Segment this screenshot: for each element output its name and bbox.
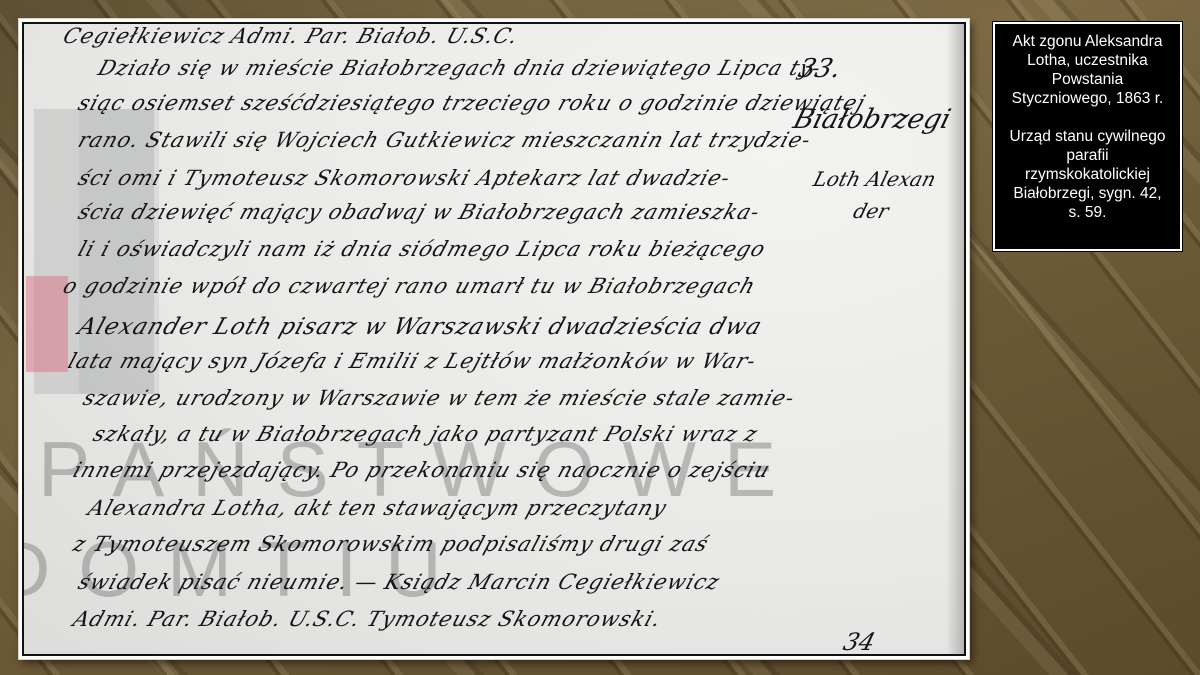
caption-title-line: Lotha, uczestnika [999,51,1176,70]
handwritten-line: szkały, a tu w Białobrzegach jako partyz… [90,422,761,446]
next-entry-number: 34 [840,628,878,656]
handwritten-line: Alexander Loth pisarz w Warszawski dwadz… [75,314,766,340]
caption-title-line: Styczniowego, 1863 r. [999,89,1176,108]
caption-source-line: rzymskokatolickiej [999,165,1176,184]
caption-source-line: Urząd stanu cywilnego [999,127,1176,146]
handwritten-line: lata mający syn Józefa i Emilii z Lejtłó… [65,349,760,373]
handwritten-line: Działo się w mieście Białobrzegach dnia … [95,56,825,80]
death-record-scan: PAŃSTWOWE DOMTIU Cegiełkiewicz Admi. Par… [22,22,966,656]
caption-source-line: Białobrzegi, sygn. 42, [999,184,1176,203]
caption-box: Akt zgonu Aleksandra Lotha, uczestnika P… [993,22,1182,251]
handwritten-line: świadek pisać nieumie. — Ksiądz Marcin C… [75,570,723,594]
handwritten-line: ści omi i Tymoteusz Skomorowski Aptekarz… [75,166,734,190]
caption-source-line: s. 59. [999,203,1176,222]
margin-name: Loth Alexan [811,167,939,191]
caption-title-line: Powstania [999,70,1176,89]
handwritten-line: o godzinie wpół do czwartej rano umarł t… [60,274,759,298]
margin-place: Białobrzegi [790,104,954,135]
margin-name-cont: der [851,199,892,223]
handwritten-line: Admi. Par. Białob. U.S.C. Tymoteusz Skom… [70,607,665,631]
entry-number: 33. [795,54,844,84]
handwritten-line: Alexandra Lotha, akt ten stawającym prze… [85,496,670,520]
handwritten-line: siąc osiemset sześćdziesiątego trzeciego… [75,91,869,115]
caption-source-line: parafii [999,146,1176,165]
caption-title-line: Akt zgonu Aleksandra [999,32,1176,51]
document-scan-frame: PAŃSTWOWE DOMTIU Cegiełkiewicz Admi. Par… [19,19,969,659]
handwritten-line: z Tymoteuszem Skomorowskim podpisaliśmy … [70,532,712,556]
handwritten-line: rano. Stawili się Wojciech Gutkiewicz mi… [75,128,814,152]
handwritten-line: innemi przejezdający. Po przekonaniu się… [70,458,773,482]
caption-spacer [999,108,1176,127]
handwritten-line: ścia dziewięć mający obadwaj w Białobrze… [75,200,763,224]
handwritten-line: li i oświadczyli nam iż dnia siódmego Li… [75,237,769,261]
handwritten-line: Cegiełkiewicz Admi. Par. Białob. U.S.C. [60,24,522,48]
handwritten-line: szawie, urodzony w Warszawie w tem że mi… [80,386,798,410]
